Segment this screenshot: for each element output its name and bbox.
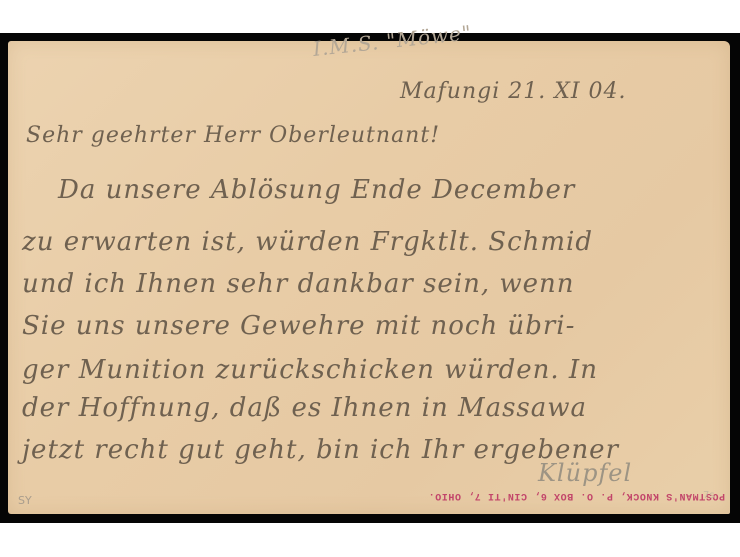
printer-imprint: POSTMAN'S KNOCK, P. O. BOX 6, CIN'TI 7, … bbox=[428, 490, 725, 501]
corner-mark-left: SY bbox=[18, 494, 32, 507]
letter-line-2: zu erwarten ist, würden Frgktlt. Schmid bbox=[22, 227, 593, 257]
postcard: I.M.S. "Möwe" Mafungi 21. XI 04. Sehr ge… bbox=[8, 41, 730, 514]
signature: Klüpfel bbox=[538, 459, 632, 487]
salutation: Sehr geehrter Herr Oberleutnant! bbox=[26, 123, 440, 148]
letter-line-6: der Hoffnung, daß es Ihnen in Massawa bbox=[22, 393, 587, 423]
letter-line-7: jetzt recht gut geht, bin ich Ihr ergebe… bbox=[22, 435, 619, 465]
pencil-header-note: I.M.S. "Möwe" bbox=[312, 20, 473, 61]
letter-line-4: Sie uns unsere Gewehre mit noch übri- bbox=[22, 311, 575, 341]
letter-line-3: und ich Ihnen sehr dankbar sein, wenn bbox=[22, 269, 575, 299]
letter-line-1: Da unsere Ablösung Ende December bbox=[58, 175, 575, 205]
corner-mark-right: 7s bbox=[703, 490, 715, 501]
place-date: Mafungi 21. XI 04. bbox=[400, 79, 627, 104]
letter-line-5: ger Munition zurückschicken würden. In bbox=[22, 355, 598, 385]
